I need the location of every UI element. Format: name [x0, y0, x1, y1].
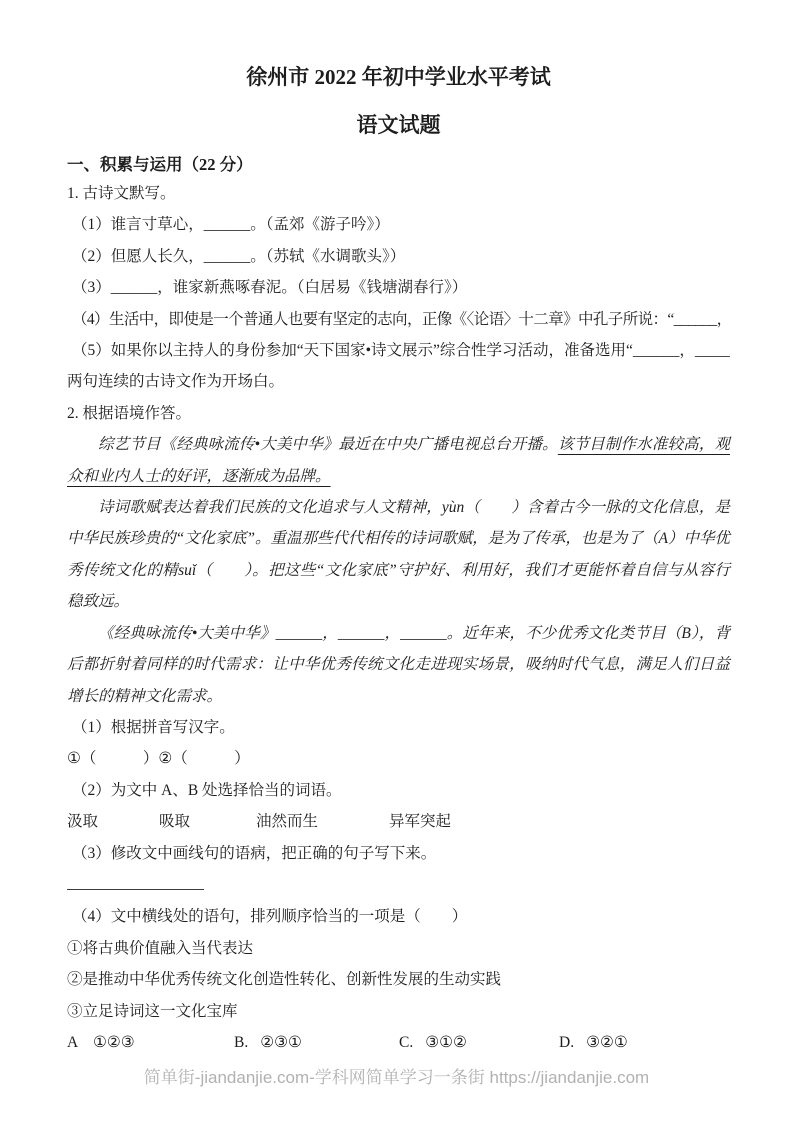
word-bank-item: 油然而生 [256, 806, 389, 837]
section-heading: 一、积累与运用（22 分） [67, 152, 730, 178]
option-b-value: ②③① [260, 1034, 302, 1051]
exam-paper-page: 徐州市 2022 年初中学业水平考试 语文试题 一、积累与运用（22 分） 1.… [0, 0, 793, 1122]
word-bank-item: 异军突起 [389, 806, 730, 837]
choice-options-row: A①②③ B.②③① C.③①② D.③②① [67, 1027, 730, 1058]
question1-item-3: （3）______，谁家新燕啄春泥。（白居易《钱塘湖春行》） [67, 272, 730, 303]
option-b: B.②③① [234, 1027, 399, 1058]
answer-blank-line [67, 869, 204, 890]
question2-sub3-stem: （3）修改文中画线句的语病，把正确的句子写下来。 [67, 838, 730, 869]
passage-paragraph-3: 《经典咏流传•大美中华》______，______，______。近年来，不少优… [67, 618, 730, 712]
option-a-label: A [67, 1027, 81, 1058]
passage-paragraph-2: 诗词歌赋表达着我们民族的文化追求与人文精神，yùn（ ）含着古今一脉的文化信息，… [67, 492, 730, 618]
question2-sub2-stem: （2）为文中 A、B 处选择恰当的词语。 [67, 775, 730, 806]
question1-item-2: （2）但愿人长久，______。（苏轼《水调歌头》） [67, 241, 730, 272]
exam-content: 徐州市 2022 年初中学业水平考试 语文试题 一、积累与运用（22 分） 1.… [0, 0, 793, 1058]
option-a: A①②③ [67, 1027, 234, 1058]
sub4-sentence-1: ①将古典价值融入当代表达 [67, 933, 730, 964]
passage-paragraph-1: 综艺节目《经典咏流传•大美中华》最近在中央广播电视总台开播。该节目制作水准较高，… [67, 429, 730, 492]
option-d-label: D. [559, 1027, 574, 1058]
option-a-value: ①②③ [93, 1034, 135, 1051]
option-c: C.③①② [399, 1027, 559, 1058]
question1-item-4: （4）生活中，即使是一个普通人也要有坚定的志向，正像《〈论语〉十二章》中孔子所说… [67, 304, 730, 335]
watermark-footer: 简单街-jiandanjie.com-学科网简单学习一条街 https://ji… [0, 1063, 793, 1088]
word-bank-item: 吸取 [159, 806, 256, 837]
question2-sub1-stem: （1）根据拼音写汉字。 [67, 712, 730, 743]
question2-sub4-stem: （4）文中横线处的语句，排列顺序恰当的一项是（ ） [67, 901, 730, 932]
question1-item-5: （5）如果你以主持人的身份参加“天下国家•诗文展示”综合性学习活动，准备选用“_… [67, 335, 730, 366]
page-subtitle: 语文试题 [67, 110, 730, 140]
option-d: D.③②① [559, 1027, 730, 1058]
option-c-value: ③①② [425, 1034, 467, 1051]
option-b-label: B. [234, 1027, 248, 1058]
word-bank-item: 汲取 [67, 806, 159, 837]
answer-line-row [67, 869, 730, 901]
question2-stem: 2. 根据语境作答。 [67, 398, 730, 429]
sub4-sentence-3: ③立足诗词这一文化宝库 [67, 996, 730, 1027]
sub4-sentence-2: ②是推动中华优秀传统文化创造性转化、创新性发展的生动实践 [67, 964, 730, 995]
page-title: 徐州市 2022 年初中学业水平考试 [67, 62, 730, 92]
question1-stem: 1. 古诗文默写。 [67, 178, 730, 209]
question2-sub1-answer-blanks: ①（ ）②（ ） [67, 743, 730, 774]
passage-text: 综艺节目《经典咏流传•大美中华》最近在中央广播电视总台开播。 [98, 436, 558, 453]
option-d-value: ③②① [586, 1034, 628, 1051]
exam-body: 1. 古诗文默写。 （1）谁言寸草心，______。（孟郊《游子吟》） （2）但… [67, 178, 730, 1058]
question1-item-1: （1）谁言寸草心，______。（孟郊《游子吟》） [67, 209, 730, 240]
question1-item-5-continuation: 两句连续的古诗文作为开场白。 [67, 366, 730, 397]
word-bank: 汲取 吸取 油然而生 异军突起 [67, 806, 730, 837]
option-c-label: C. [399, 1027, 413, 1058]
